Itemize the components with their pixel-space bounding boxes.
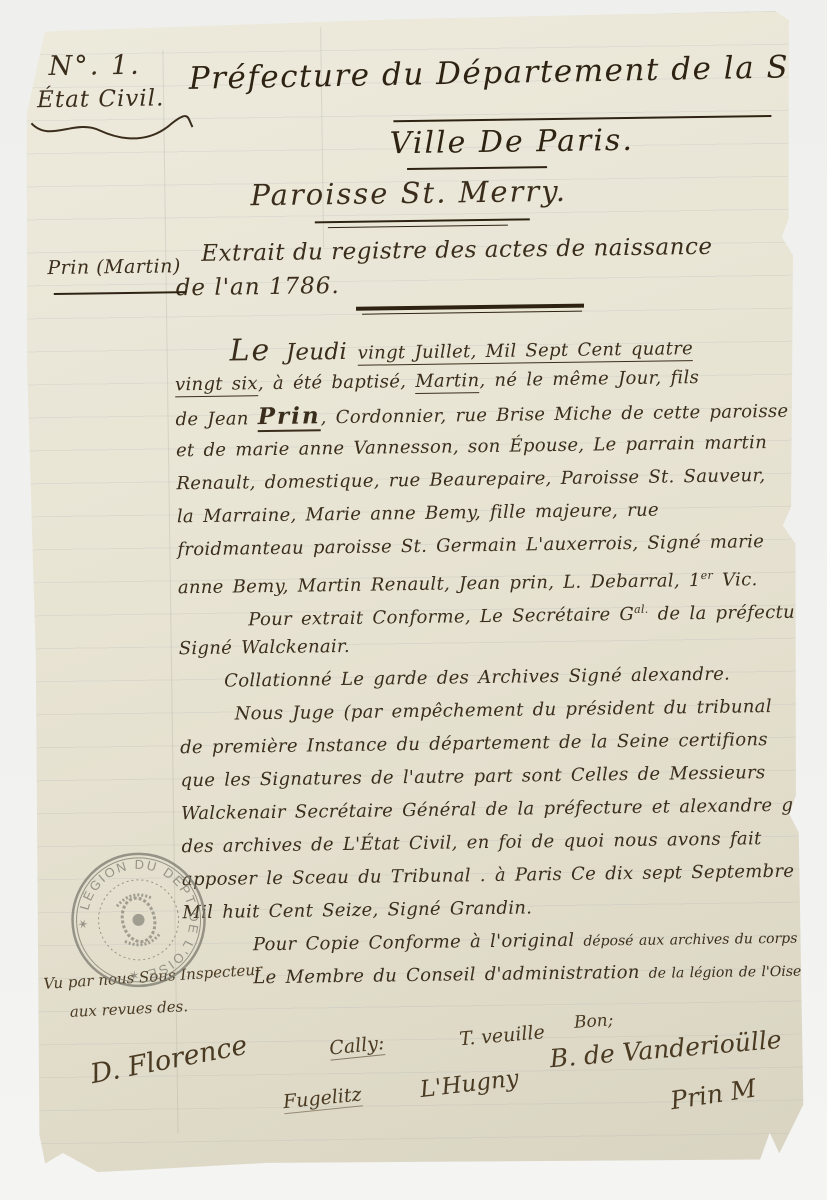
body-text-segment: , Cordonnier, rue Brise Miche de cette p… — [320, 401, 788, 429]
body-text-segment: Pour extrait Conforme, Le Secrétaire G — [248, 604, 634, 630]
body-text-segment: al. — [634, 603, 649, 616]
body-text-segment: Jeudi — [286, 339, 358, 366]
body-text-segment: Renault, domestique, rue Beaurepaire, Pa… — [176, 465, 765, 494]
parish-line: Paroisse St. Merry. — [250, 174, 567, 212]
body-text-segment: Signé Walckenair. — [179, 636, 350, 659]
document-sheet: N°. 1. État Civil. Préfecture du Départe… — [20, 11, 808, 1176]
signature: Cally: — [328, 1032, 385, 1060]
body-text-segment: Walckenair Secrétaire Général de la préf… — [181, 794, 827, 824]
body-text-segment: Nous Juge (par empêchement du président … — [235, 696, 772, 724]
body-text-segment: , né le même Jour, fils — [479, 367, 699, 391]
doc-number: N°. 1. — [48, 50, 140, 82]
body-text-segment: er — [701, 569, 714, 582]
body-text-segment: , à été baptisé, — [258, 371, 416, 394]
extract-title-line1: Extrait du registre des actes de naissan… — [201, 234, 713, 267]
body-text-segment: Martin — [415, 370, 479, 394]
body-text-segment: de la préfecture — [648, 601, 814, 624]
body-text-segment: de la légion de l'Oise — [649, 964, 802, 982]
page-subtitle: Ville De Paris. — [389, 123, 634, 161]
parish-overline — [407, 166, 547, 170]
body-text-segment: Vic. — [713, 569, 758, 591]
body-text-segment: Le Membre du Conseil d'administration — [253, 962, 649, 989]
body-text-segment: Prin — [258, 402, 321, 432]
body-text-segment: Mil huit Cent Seize, Signé Grandin. — [182, 897, 532, 923]
body-text-segment: froidmanteau paroisse St. Germain L'auxe… — [177, 531, 764, 560]
signature: Prin M — [668, 1073, 758, 1115]
body-text-block: Le Jeudi vingt Juillet, Mil Sept Cent qu… — [174, 327, 813, 996]
body-text-segment: vingt six — [175, 373, 258, 397]
margin-subject-name: Prin (Martin) — [47, 255, 181, 279]
signature: L'Hugny — [419, 1066, 520, 1104]
signature: D. Florence — [88, 1030, 250, 1090]
parish-underline-2 — [328, 225, 508, 229]
extract-thin-rule — [362, 311, 582, 315]
stamp-emblem — [115, 892, 161, 949]
body-text-segment: déposé aux archives du corps — [583, 931, 797, 950]
body-text-segment: des archives de L'État Civil, en foi de … — [181, 828, 761, 857]
extract-thick-rule — [356, 304, 584, 311]
parish-underline — [315, 218, 530, 223]
body-text-segment: Collationné Le garde des Archives Signé … — [224, 664, 730, 692]
body-text-segment: apposer le Sceau du Tribunal . à Paris C… — [182, 861, 795, 891]
flourish-ornament — [29, 115, 194, 143]
registry-label: État Civil. — [37, 85, 165, 113]
extract-title-line2: de l'an 1786. — [176, 273, 340, 301]
body-text-segment: que les Signatures de l'autre part sont … — [180, 762, 765, 791]
body-text-segment: et de marie anne Vannesson, son Épouse, … — [176, 432, 767, 461]
body-text-segment: de première Instance du département de l… — [180, 729, 768, 758]
body-text-segment: de Jean — [175, 408, 258, 430]
signature: T. veuille — [458, 1021, 545, 1050]
body-text-segment: la Marraine, Marie anne Bemy, fille maje… — [177, 500, 659, 528]
body-text-segment: Pour Copie Conforme à l'original — [253, 930, 584, 956]
signature: Bon; — [573, 1010, 614, 1033]
signature: Fugelitz — [282, 1083, 363, 1114]
body-text-segment: Le — [229, 333, 286, 369]
page-title: Préfecture du Département de la Seine — [188, 48, 827, 97]
title-underline — [393, 115, 771, 122]
